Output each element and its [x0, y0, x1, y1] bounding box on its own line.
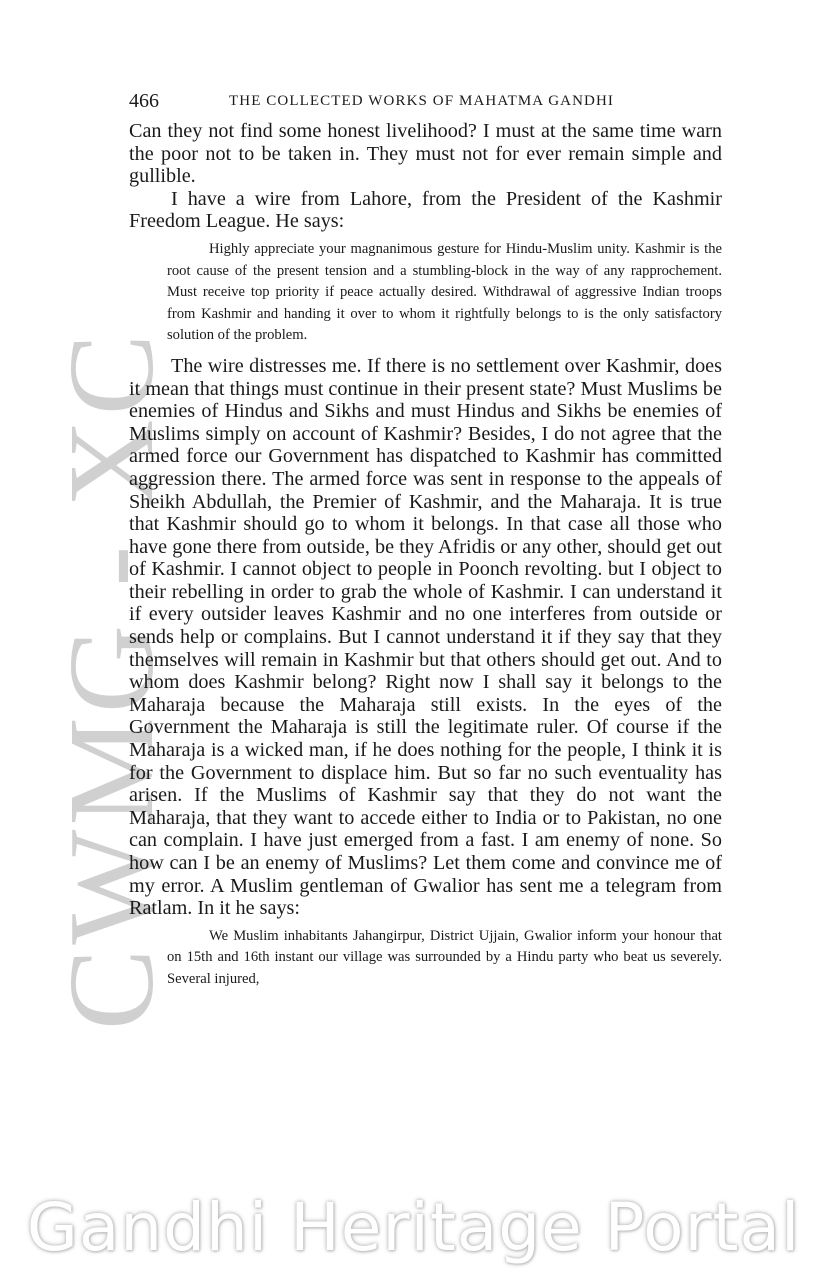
paragraph-wire-intro: I have a wire from Lahore, from the Pres…: [129, 188, 722, 233]
quoted-telegram-ratlam: We Muslim inhabitants Jahangirpur, Distr…: [167, 926, 722, 991]
book-page: 466 THE COLLECTED WORKS OF MAHATMA GANDH…: [129, 86, 722, 991]
quoted-wire-kashmir-freedom-league: Highly appreciate your magnanimous gestu…: [167, 239, 722, 347]
paragraph-livelihood: Can they not find some honest livelihood…: [129, 120, 722, 188]
paragraph-main-kashmir: The wire distresses me. If there is no s…: [129, 355, 722, 920]
gandhi-heritage-portal-watermark: Gandhi Heritage Portal: [0, 1188, 827, 1268]
page-number: 466: [129, 86, 159, 116]
running-title: THE COLLECTED WORKS OF MAHATMA GANDHI: [229, 86, 614, 116]
running-header: 466 THE COLLECTED WORKS OF MAHATMA GANDH…: [129, 86, 722, 116]
